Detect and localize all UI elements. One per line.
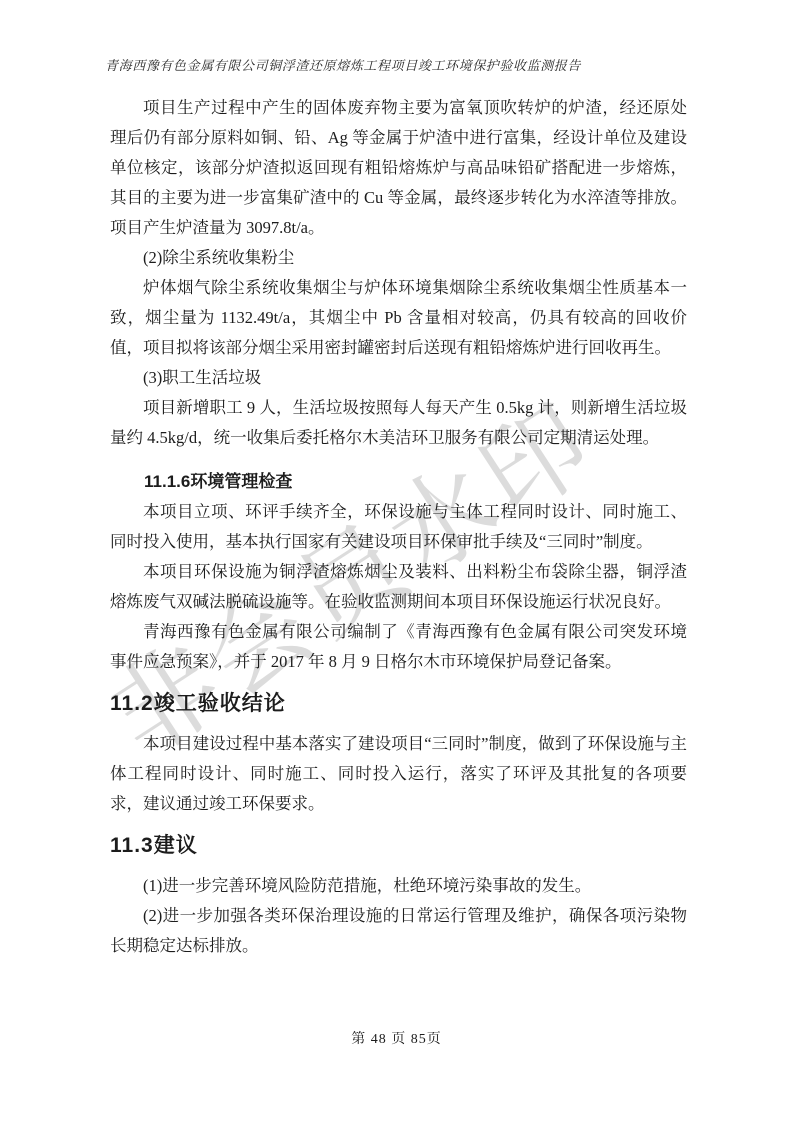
paragraph-solid-waste: 项目生产过程中产生的固体废弃物主要为富氧顶吹转炉的炉渣，经还原处理后仍有部分原料… [110,93,687,243]
paragraph-suggestion-2: (2)进一步加强各类环保治理设施的日常运行管理及维护，确保各项污染物长期稳定达标… [110,901,687,961]
paragraph-suggestion-1: (1)进一步完善环境风险防范措施，杜绝环境污染事故的发生。 [110,871,687,901]
list-heading-dust-collection: (2)除尘系统收集粉尘 [110,243,687,273]
paragraph-domestic-waste: 项目新增职工 9 人，生活垃圾按照每人每天产生 0.5kg 计，则新增生活垃圾量… [110,393,687,453]
page-header-title: 青海西豫有色金属有限公司铜浮渣还原熔炼工程项目竣工环境保护验收监测报告 [105,55,685,74]
page-number: 第 48 页 85页 [0,1028,793,1048]
paragraph-env-facilities: 本项目环保设施为铜浮渣熔炼烟尘及装料、出料粉尘布袋除尘器，铜浮渣熔炼废气双碱法脱… [110,557,687,617]
paragraph-acceptance-conclusion: 本项目建设过程中基本落实了建设项目“三同时”制度，做到了环保设施与主体工程同时设… [110,729,687,819]
list-heading-domestic-waste: (3)职工生活垃圾 [110,363,687,393]
paragraph-approval-procedures: 本项目立项、环评手续齐全，环保设施与主体工程同时设计、同时施工、同时投入使用，基… [110,497,687,557]
section-heading-11-3: 11.3建议 [110,831,687,861]
paragraph-emergency-plan: 青海西豫有色金属有限公司编制了《青海西豫有色金属有限公司突发环境事件应急预案》，… [110,617,687,677]
document-body: 项目生产过程中产生的固体废弃物主要为富氧顶吹转炉的炉渣，经还原处理后仍有部分原料… [110,93,687,961]
section-heading-11-1-6: 11.1.6环境管理检查 [110,467,687,497]
document-page: 非会员水印 青海西豫有色金属有限公司铜浮渣还原熔炼工程项目竣工环境保护验收监测报… [0,0,793,1122]
paragraph-dust-collection: 炉体烟气除尘系统收集烟尘与炉体环境集烟除尘系统收集烟尘性质基本一致，烟尘量为 1… [110,273,687,363]
section-heading-11-2: 11.2竣工验收结论 [110,689,687,719]
